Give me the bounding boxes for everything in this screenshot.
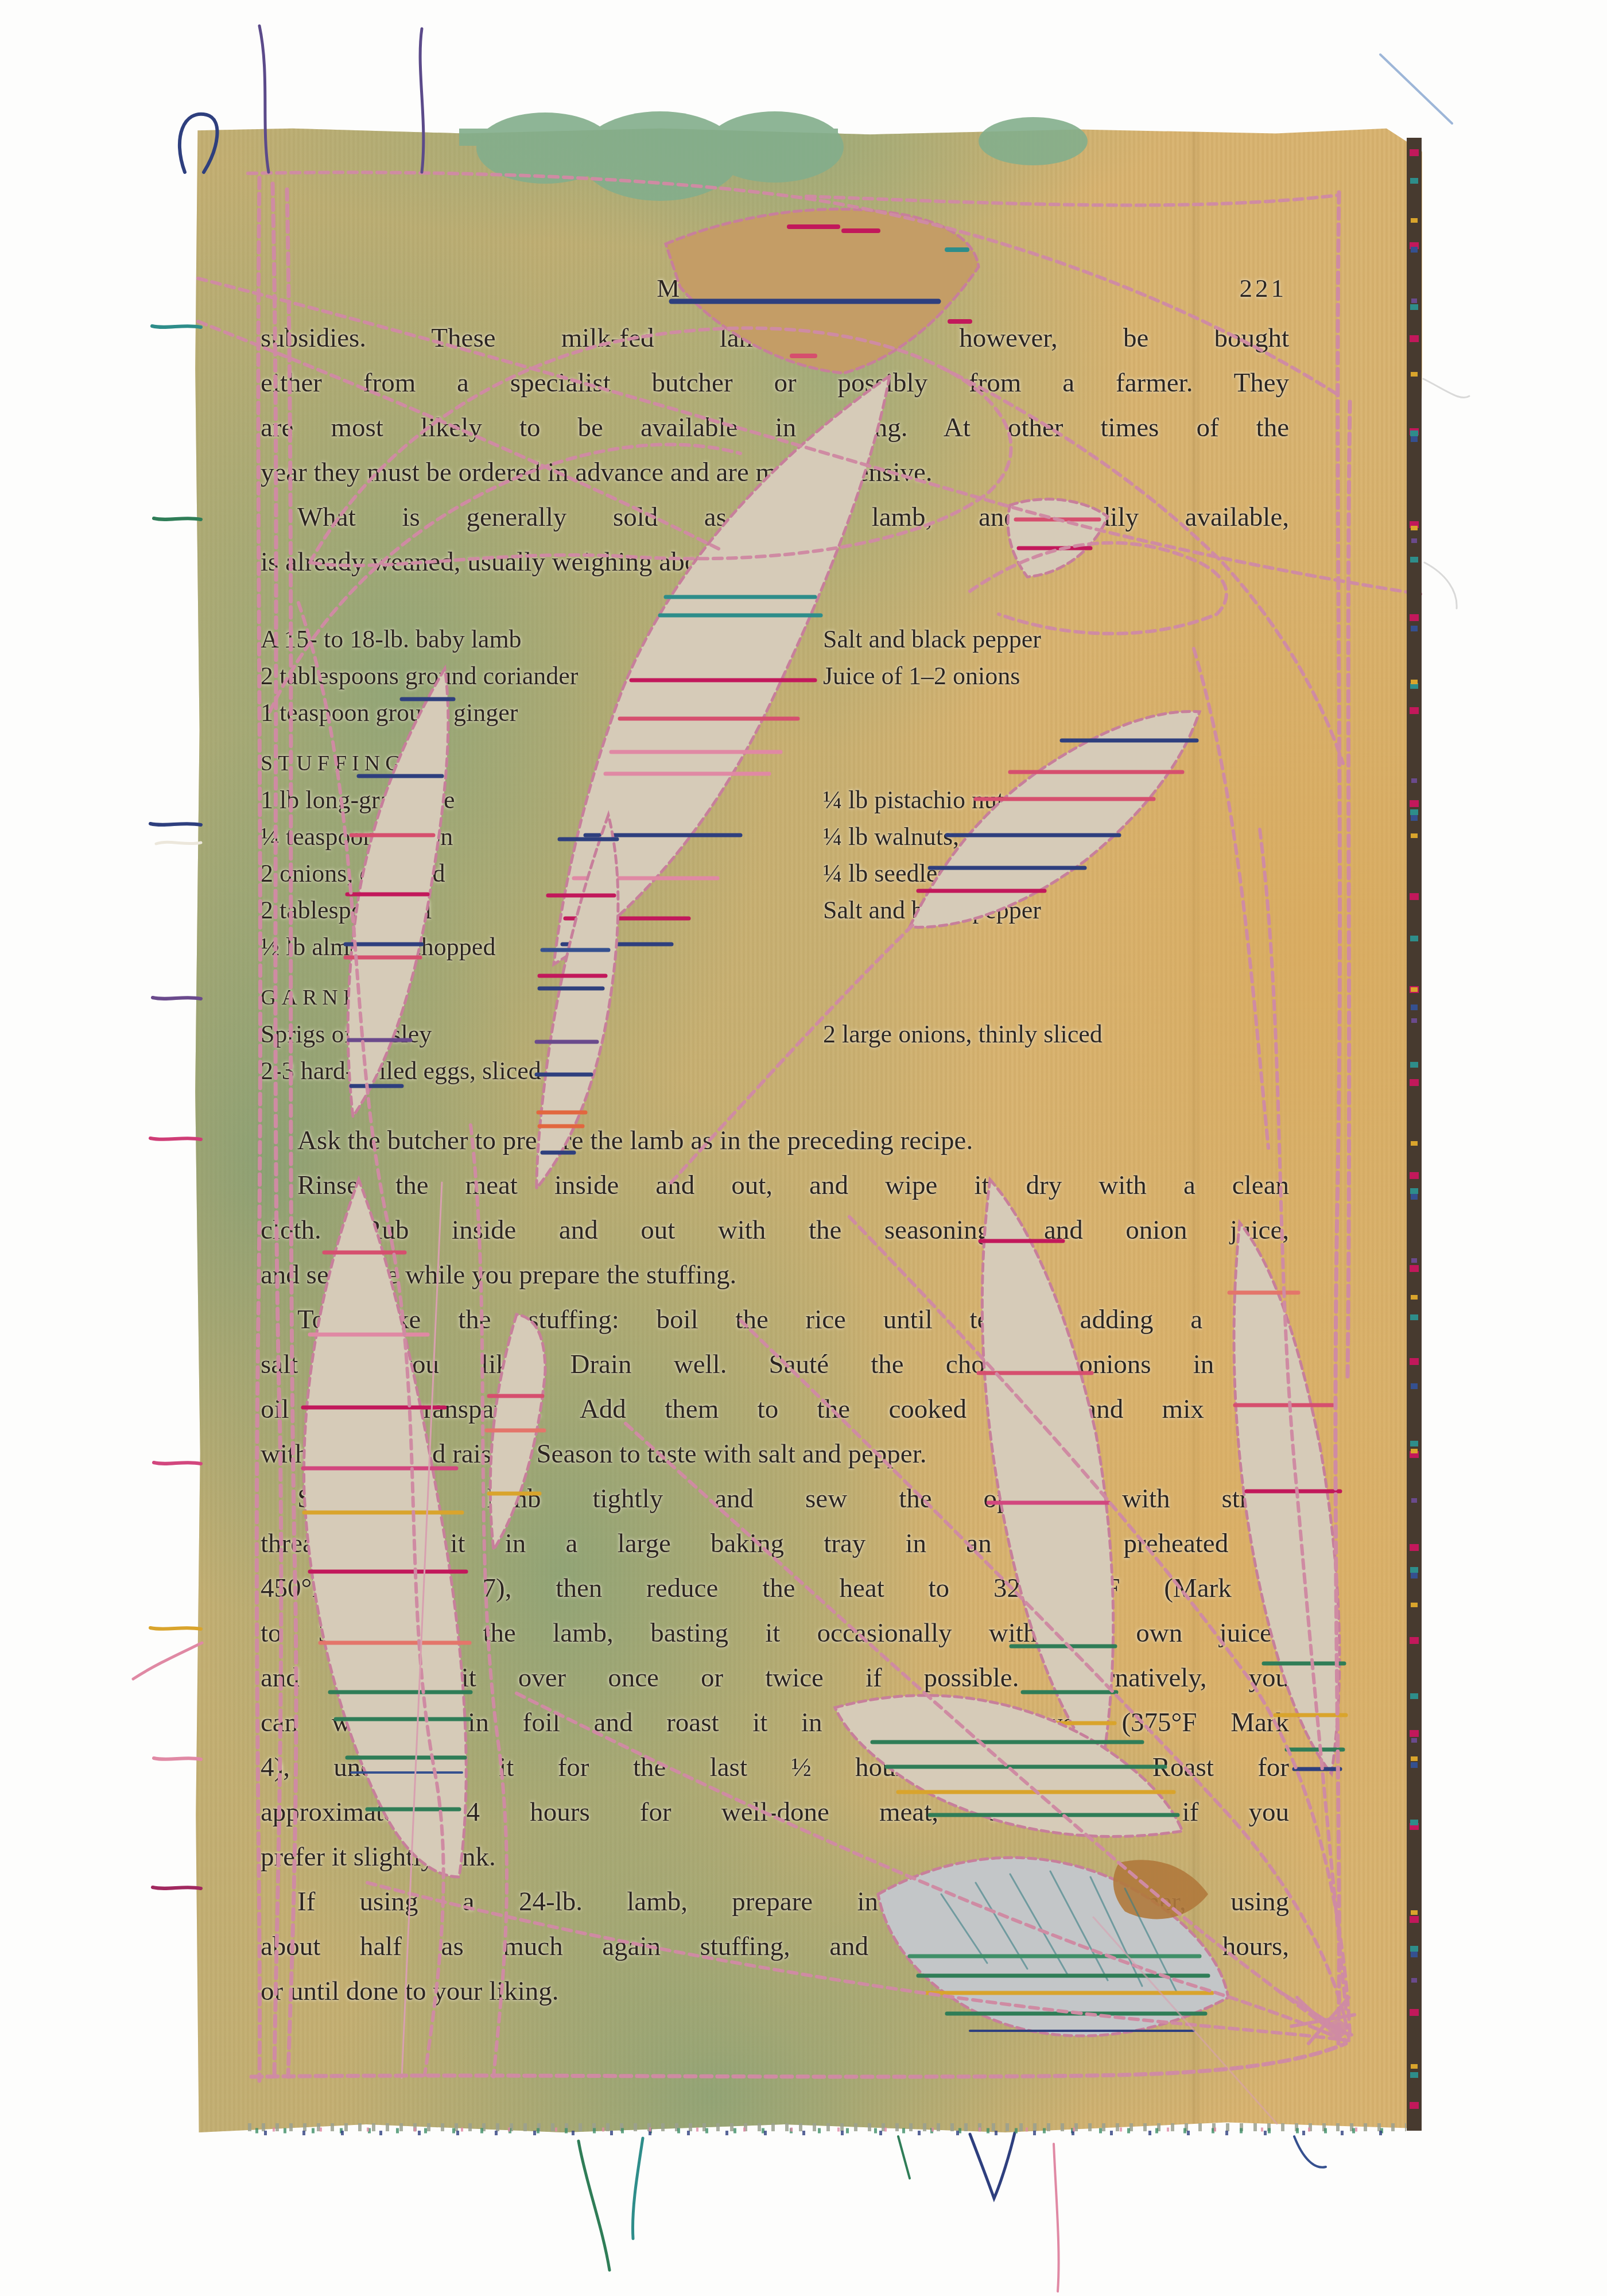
artwork-scan: MEAT DISHES 221 subsidies. These milk-fe… [0, 0, 1607, 2296]
ingredient-row: 1 lb long-grain rice¼ lb pistachio nuts,… [261, 782, 1289, 819]
text-line: and set aside while you prepare the stuf… [261, 1252, 1289, 1297]
paragraph: Ask the butcher to prepare the lamb as i… [261, 1118, 1289, 1163]
ingredient-row: 2 onions, chopped¼ lb seedless raisins [261, 855, 1289, 892]
ingredient-row: 2 tablespoons oilSalt and black pepper [261, 892, 1289, 929]
bottom-fray [248, 2127, 1406, 2133]
text-line: or until done to your liking. [261, 1969, 1289, 2014]
text-line: What is generally sold as baby lamb, and… [261, 495, 1289, 540]
ingredient-left: A 15- to 18-lb. baby lamb [261, 621, 823, 658]
text-line: Rinse the meat inside and out, and wipe … [261, 1163, 1289, 1208]
text-line: If using a 24-lb. lamb, prepare in the s… [261, 1879, 1289, 1924]
bottom-thread [898, 2136, 910, 2178]
text-line: can wrap it in foil and roast it in a mo… [261, 1700, 1289, 1745]
bottom-thread [1294, 2136, 1326, 2167]
ingredient-left: ½ lb almonds, chopped [261, 929, 823, 965]
text-line: cloth. Rub inside and out with the seaso… [261, 1208, 1289, 1252]
left-tassel [153, 998, 201, 999]
ingredient-row: Sprigs of parsley2 large onions, thinly … [261, 1016, 1289, 1053]
ingredient-right: 2 large onions, thinly sliced [823, 1016, 1289, 1053]
left-tassel [156, 842, 201, 844]
left-tassel [133, 1643, 202, 1679]
ingredient-right: Salt and black pepper [823, 892, 1289, 929]
ingredient-right [823, 695, 1289, 731]
ingredient-list: A 15- to 18-lb. baby lambSalt and black … [261, 621, 1289, 731]
left-tassel [154, 518, 201, 519]
text-line: thread. Put it in a large baking tray in… [261, 1521, 1289, 1566]
ingredient-left: 2 tablespoons oil [261, 892, 823, 929]
ingredient-right: ¼ lb pistachio nuts, chopped [823, 782, 1289, 819]
text-line: To make the stuffing: boil the rice unti… [261, 1297, 1289, 1342]
bottom-thread [1054, 2144, 1059, 2291]
left-tassel [150, 824, 201, 825]
altered-book-page: MEAT DISHES 221 subsidies. These milk-fe… [194, 127, 1423, 2136]
running-head: MEAT DISHES 221 [261, 272, 1289, 304]
bottom-thread [579, 2141, 610, 2270]
text-line: with the nuts and raisins. Season to tas… [261, 1432, 1289, 1476]
left-tassel [153, 1887, 201, 1888]
bottom-thread [632, 2138, 643, 2239]
text-line: either from a specialist butcher or poss… [261, 360, 1289, 405]
ingredient-right [823, 1053, 1289, 1089]
text-line: about half as much again stuffing, and r… [261, 1924, 1289, 1969]
ingredient-left: 2 onions, chopped [261, 855, 823, 892]
text-line: oil until transparent. Add them to the c… [261, 1387, 1289, 1432]
ingredient-list: Sprigs of parsley2 large onions, thinly … [261, 1016, 1289, 1089]
page-number: 221 [1240, 272, 1287, 304]
left-tassel [154, 1758, 201, 1759]
text-line: subsidies. These milk-fed lambs can, how… [261, 316, 1289, 360]
ingredient-right: Juice of 1–2 onions [823, 658, 1289, 695]
text-line: 4), uncovering it for the last ½ hour of… [261, 1745, 1289, 1790]
ingredient-right [823, 929, 1289, 965]
ingredient-row: ¼ teaspoon saffron¼ lb walnuts, chopped [261, 819, 1289, 855]
ingredient-right: ¼ lb seedless raisins [823, 855, 1289, 892]
ingredient-left: ¼ teaspoon saffron [261, 819, 823, 855]
text-line: is already weaned, usually weighing abou… [261, 540, 1289, 584]
bottom-thread [970, 2133, 1015, 2198]
ingredient-row: 2 tablespoons ground corianderJuice of 1… [261, 658, 1289, 695]
paragraph: Rinse the meat inside and out, and wipe … [261, 1163, 1289, 1297]
paragraph: Stuff the lamb tightly and sew the openi… [261, 1476, 1289, 1879]
printed-text-column: MEAT DISHES 221 subsidies. These milk-fe… [261, 272, 1289, 2014]
section-heading: GARNISH [261, 979, 1289, 1016]
text-line: are most likely to be available in sprin… [261, 405, 1289, 450]
paragraph: To make the stuffing: boil the rice unti… [261, 1297, 1289, 1476]
ingredient-left: 1 lb long-grain rice [261, 782, 823, 819]
ingredient-list: 1 lb long-grain rice¼ lb pistachio nuts,… [261, 782, 1289, 965]
ingredient-right: Salt and black pepper [823, 621, 1289, 658]
text-line: Stuff the lamb tightly and sew the openi… [261, 1476, 1289, 1521]
ingredient-left: 2 tablespoons ground coriander [261, 658, 823, 695]
text-line: 450°F (Mark 7), then reduce the heat to … [261, 1566, 1289, 1611]
ingredient-left: Sprigs of parsley [261, 1016, 823, 1053]
text-line: prefer it slightly pink. [261, 1835, 1289, 1879]
ingredient-row: 1 teaspoon ground ginger [261, 695, 1289, 731]
ingredient-row: 2-3 hard-boiled eggs, sliced [261, 1053, 1289, 1089]
text-line: Ask the butcher to prepare the lamb as i… [261, 1118, 1289, 1163]
page-title: MEAT DISHES [657, 274, 892, 302]
left-tassel [150, 1628, 201, 1629]
left-tassel [154, 1463, 201, 1464]
left-tassel [150, 1138, 201, 1139]
paragraph: subsidies. These milk-fed lambs can, how… [261, 316, 1289, 495]
text-line: year they must be ordered in advance and… [261, 450, 1289, 495]
section-heading: STUFFING [261, 745, 1289, 782]
text-line: and turning it over once or twice if pos… [261, 1655, 1289, 1700]
text-line: approximately 4 hours for well-done meat… [261, 1790, 1289, 1835]
paragraph: What is generally sold as baby lamb, and… [261, 495, 1289, 584]
ingredient-left: 1 teaspoon ground ginger [261, 695, 823, 731]
paragraph: If using a 24-lb. lamb, prepare in the s… [261, 1879, 1289, 2014]
text-line: to 3). Roast the lamb, basting it occasi… [261, 1611, 1289, 1655]
text-line: salt if you like. Drain well. Sauté the … [261, 1342, 1289, 1387]
ingredient-row: ½ lb almonds, chopped [261, 929, 1289, 965]
ingredient-right: ¼ lb walnuts, chopped [823, 819, 1289, 855]
ingredient-row: A 15- to 18-lb. baby lambSalt and black … [261, 621, 1289, 658]
ingredient-left: 2-3 hard-boiled eggs, sliced [261, 1053, 823, 1089]
left-tassel [152, 326, 201, 327]
